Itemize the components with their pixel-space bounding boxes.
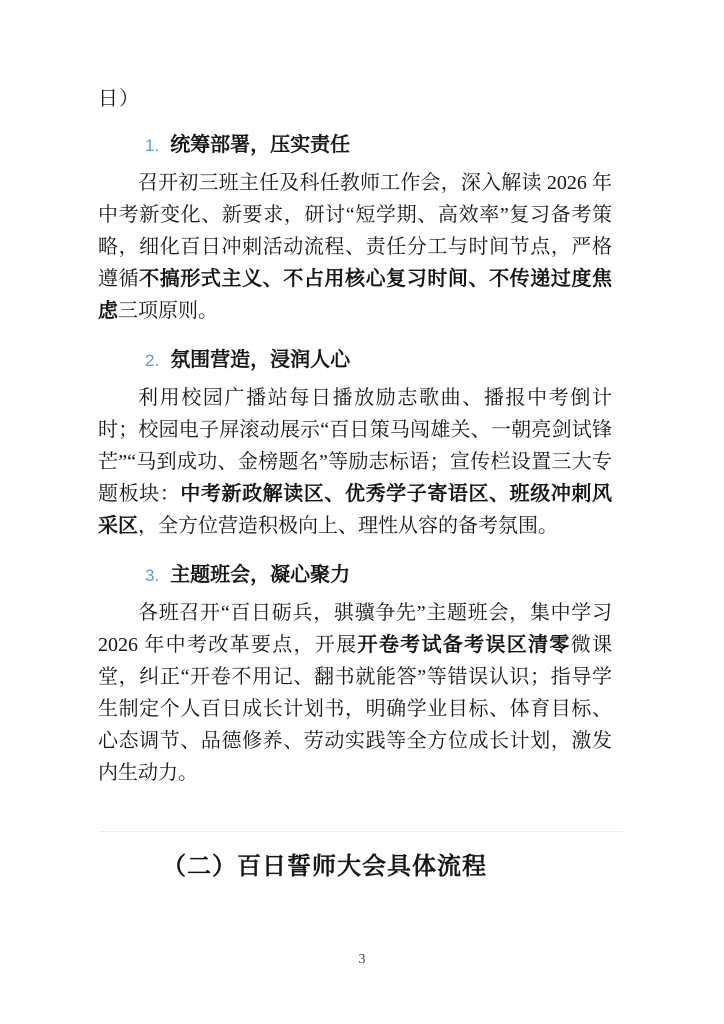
continuation-text: 日） [98,86,612,112]
list-number: 2. [145,348,159,374]
item-title: 氛围营造，浸润人心 [170,347,350,373]
list-number: 1. [145,133,159,159]
section-item-2-heading: 2. 氛围营造，浸润人心 [145,347,612,374]
item-title: 统筹部署，压实责任 [170,132,350,158]
section-item-2: 2. 氛围营造，浸润人心 利用校园广播站每日播放励志歌曲、播报中考倒计时；校园电… [98,347,612,542]
section-item-3: 3. 主题班会，凝心聚力 各班召开“百日砺兵，骐骥争先”主题班会，集中学习 20… [98,562,612,789]
subsection-heading: （二）百日誓师大会具体流程 [162,850,612,884]
section-item-3-heading: 3. 主题班会，凝心聚力 [145,562,612,589]
item-paragraph: 各班召开“百日砺兵，骐骥争先”主题班会，集中学习 2026 年中考改革要点，开展… [98,597,612,789]
item-paragraph: 利用校园广播站每日播放励志歌曲、播报中考倒计时；校园电子屏滚动展示“百日策马闯雄… [98,382,612,542]
item-paragraph: 召开初三班主任及科任教师工作会，深入解读 2026 年中考新变化、新要求，研讨“… [98,167,612,327]
document-page: 日） 1. 统筹部署，压实责任 召开初三班主任及科任教师工作会，深入解读 202… [0,0,724,1024]
emphasis-text: 开卷考试备考误区清零 [358,634,571,656]
section-item-1-heading: 1. 统筹部署，压实责任 [145,132,612,159]
body-text: ，全方位营造积极向上、理性从容的备考氛围。 [138,515,558,537]
list-number: 3. [145,563,159,589]
section-divider [100,831,623,832]
item-title: 主题班会，凝心聚力 [170,562,350,588]
section-item-1: 1. 统筹部署，压实责任 召开初三班主任及科任教师工作会，深入解读 2026 年… [98,132,612,327]
body-text: 微课堂，纠正“开卷不用记、翻书就能答”等错误认识；指导学生制定个人百日成长计划书… [98,634,612,784]
body-text: 三项原则。 [118,300,218,322]
page-number: 3 [0,952,724,968]
